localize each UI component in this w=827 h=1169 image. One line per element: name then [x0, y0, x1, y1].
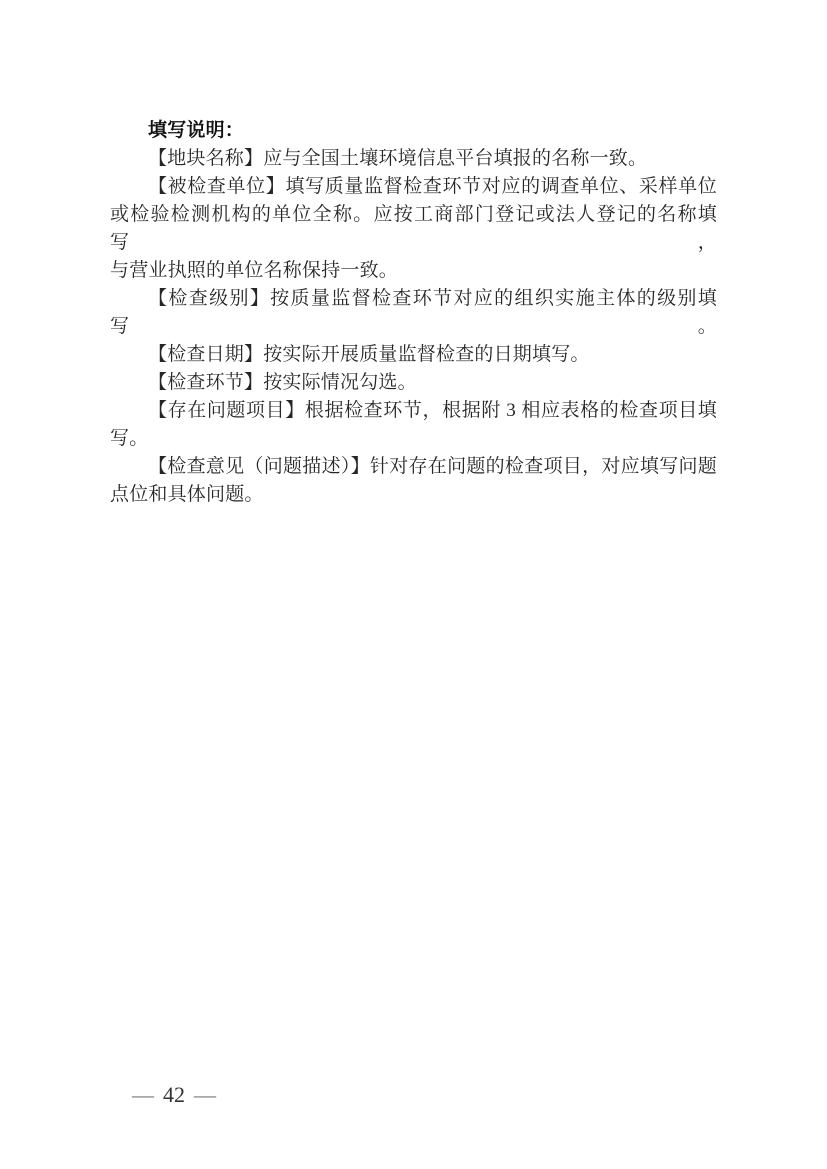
- paragraph-inspection-date-line: 【检查日期】按实际开展质量监督检查的日期填写。: [110, 341, 717, 369]
- footer-dash-right: —: [194, 1082, 216, 1107]
- paragraph-plot-name-line: 【地块名称】应与全国土壤环境信息平台填报的名称一致。: [110, 145, 717, 173]
- page-footer: —42—: [132, 1082, 216, 1108]
- section-heading: 填写说明：: [110, 117, 717, 145]
- paragraph-problem-items-line-2: 写。: [110, 425, 717, 453]
- document-page: 填写说明： 【地块名称】应与全国土壤环境信息平台填报的名称一致。 【被检查单位】…: [0, 0, 827, 1169]
- paragraph-inspected-unit-line-2: 或检验检测机构的单位全称。应按工商部门登记或法人登记的名称填写，: [110, 201, 717, 257]
- paragraph-problem-items-line-1: 【存在问题项目】根据检查环节，根据附 3 相应表格的检查项目填: [110, 397, 717, 425]
- paragraph-inspected-unit-line-1: 【被检查单位】填写质量监督检查环节对应的调查单位、采样单位: [110, 173, 717, 201]
- paragraph-inspection-opinion-line-1: 【检查意见（问题描述）】针对存在问题的检查项目，对应填写问题: [110, 453, 717, 481]
- paragraph-inspected-unit-line-3: 与营业执照的单位名称保持一致。: [110, 257, 717, 285]
- paragraph-inspection-stage-line: 【检查环节】按实际情况勾选。: [110, 369, 717, 397]
- page-number: 42: [163, 1082, 185, 1107]
- fill-instructions-section: 填写说明： 【地块名称】应与全国土壤环境信息平台填报的名称一致。 【被检查单位】…: [110, 117, 717, 509]
- paragraph-inspection-level-line: 【检查级别】按质量监督检查环节对应的组织实施主体的级别填写。: [110, 285, 717, 341]
- paragraph-inspection-opinion-line-2: 点位和具体问题。: [110, 481, 717, 509]
- footer-dash-left: —: [132, 1082, 154, 1107]
